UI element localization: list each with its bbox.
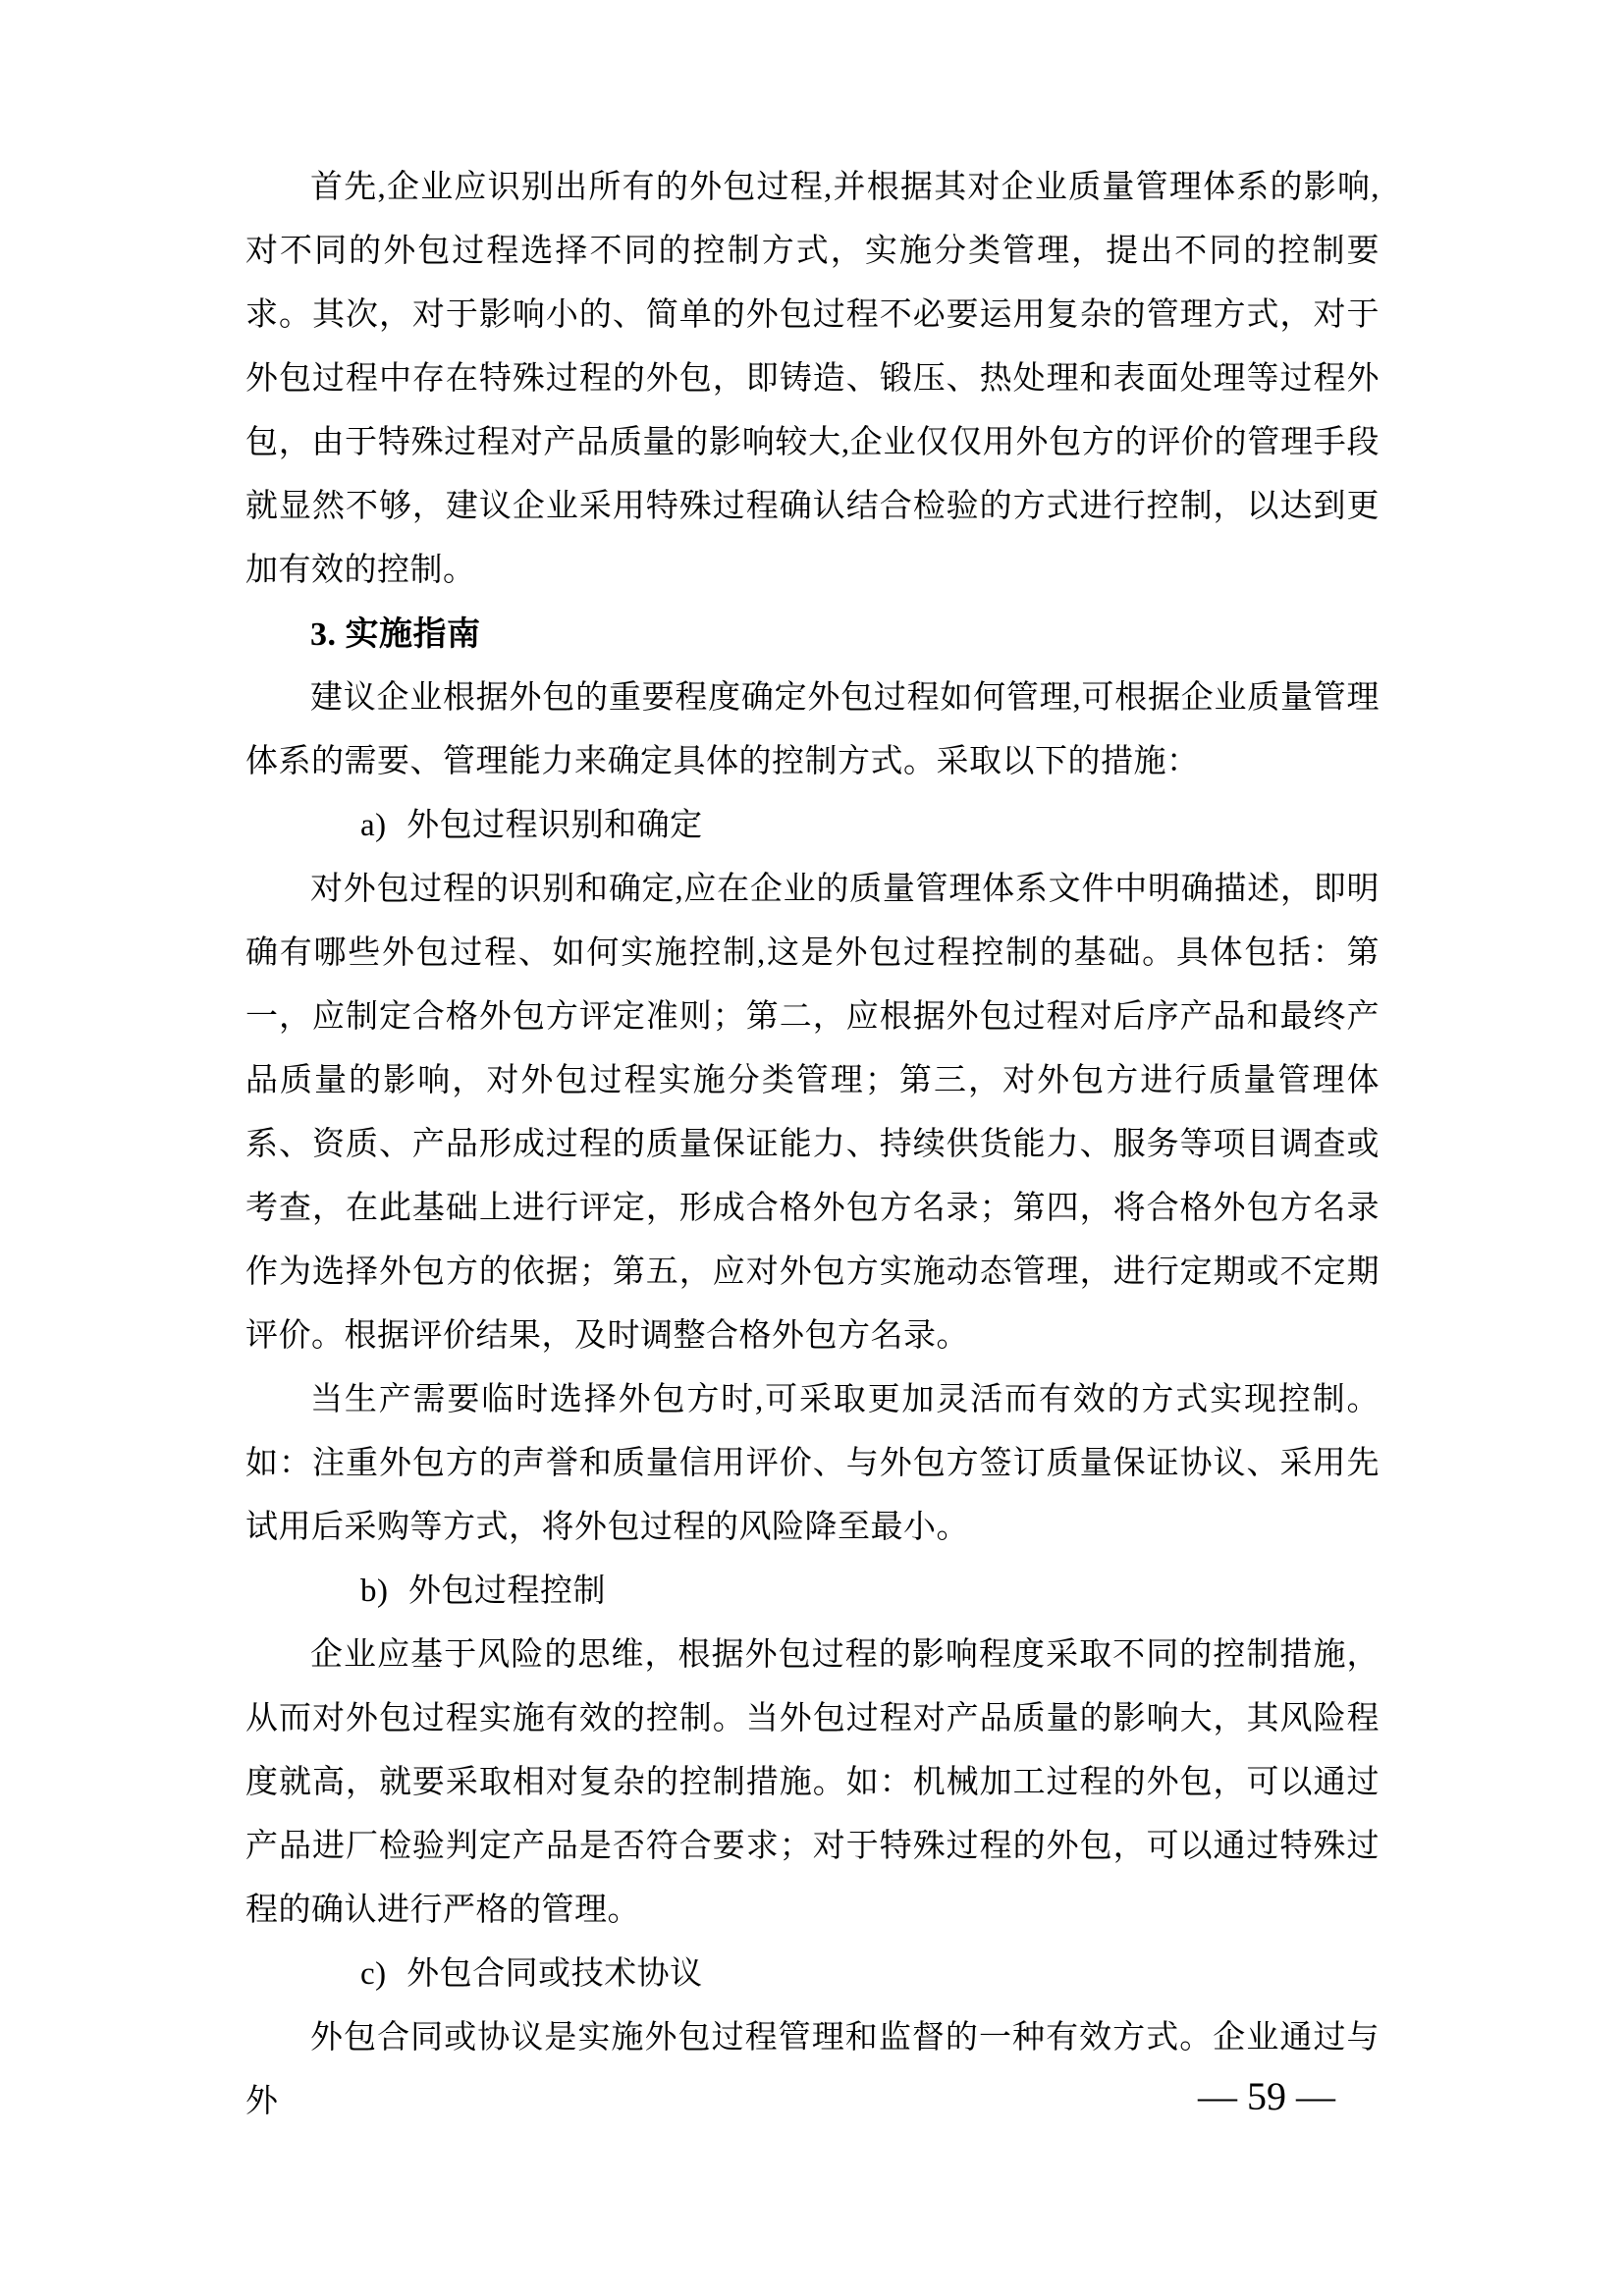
list-label-a: 外包过程识别和确定 [406, 808, 703, 843]
section-heading-implementation-guide: 3. 实施指南 [245, 603, 1380, 667]
list-label-b: 外包过程控制 [408, 1574, 606, 1609]
paragraph-control-methods-intro: 建议企业根据外包的重要程度确定外包过程如何管理,可根据企业质量管理体系的需要、管… [245, 667, 1380, 794]
list-marker-c: c) [360, 1956, 387, 1992]
paragraph-temporary-selection: 当生产需要临时选择外包方时,可采取更加灵活而有效的方式实现控制。如：注重外包方的… [245, 1368, 1380, 1560]
list-item-b: b)外包过程控制 [245, 1560, 1380, 1624]
list-marker-a: a) [360, 808, 387, 843]
paragraph-outsourcing-identification-overview: 首先,企业应识别出所有的外包过程,并根据其对企业质量管理体系的影响,对不同的外包… [245, 156, 1380, 603]
list-item-a: a)外包过程识别和确定 [245, 794, 1380, 858]
list-label-c: 外包合同或技术协议 [406, 1956, 703, 1992]
body-text: 首先,企业应识别出所有的外包过程,并根据其对企业质量管理体系的影响,对不同的外包… [245, 156, 1380, 2134]
paragraph-risk-based-control: 企业应基于风险的思维，根据外包过程的影响程度采取不同的控制措施，从而对外包过程实… [245, 1624, 1380, 1943]
page-number: — 59 — [1198, 2073, 1335, 2120]
list-item-c: c)外包合同或技术协议 [245, 1943, 1380, 2006]
document-page: 首先,企业应识别出所有的外包过程,并根据其对企业质量管理体系的影响,对不同的外包… [0, 0, 1624, 2296]
paragraph-identification-details: 对外包过程的识别和确定,应在企业的质量管理体系文件中明确描述，即明确有哪些外包过… [245, 858, 1380, 1368]
list-marker-b: b) [360, 1574, 389, 1609]
